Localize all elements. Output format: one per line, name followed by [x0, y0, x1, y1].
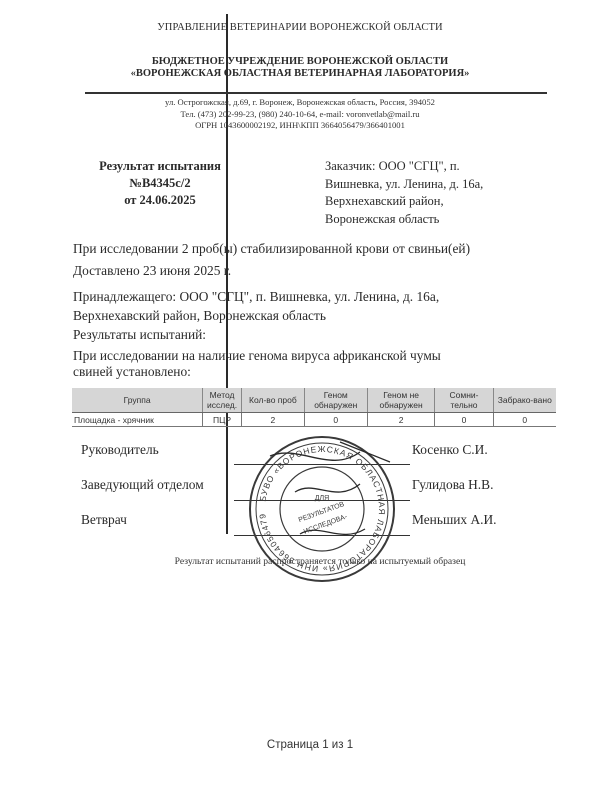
customer-line-3: Верхнехавский район, — [325, 193, 555, 211]
signature-name-department: Гулидова Н.В. — [412, 477, 493, 493]
delivery-date: Доставлено 23 июня 2025 г. — [73, 261, 563, 280]
signature-role-department: Заведующий отделом — [81, 477, 204, 493]
contacts-line: Тел. (473) 202-99-23, (980) 240-10-64, e… — [0, 109, 600, 121]
finding-line-2: свиней установлено: — [73, 364, 563, 380]
col-rejected: Забрако-вано — [493, 388, 556, 413]
header-divider — [85, 92, 547, 94]
customer-line-4: Воронежская область — [325, 211, 555, 229]
page-number: Страница 1 из 1 — [0, 739, 600, 751]
results-table: Группа Метод исслед. Кол-во проб Геном о… — [72, 388, 556, 427]
cell-rejected: 0 — [493, 413, 556, 427]
finding-text: При исследовании на наличие генома вирус… — [73, 348, 563, 380]
institution-line-2: «ВОРОНЕЖСКАЯ ОБЛАСТНАЯ ВЕТЕРИНАРНАЯ ЛАБО… — [0, 68, 600, 80]
cell-genome-detected: 0 — [304, 413, 367, 427]
col-group: Группа — [72, 388, 203, 413]
cell-method: ПЦР — [203, 413, 242, 427]
result-title-block: Результат испытания №В4345с/2 от 24.06.2… — [90, 158, 230, 209]
col-sample-count: Кол-во проб — [241, 388, 304, 413]
authority-heading: УПРАВЛЕНИЕ ВЕТЕРИНАРИИ ВОРОНЕЖСКОЙ ОБЛАС… — [0, 22, 600, 33]
result-title: Результат испытания — [90, 158, 230, 175]
institution-heading: БЮДЖЕТНОЕ УЧРЕЖДЕНИЕ ВОРОНЕЖСКОЙ ОБЛАСТИ… — [0, 56, 600, 80]
owner-info: Принадлежащего: ООО "СГЦ", п. Вишневка, … — [73, 287, 563, 325]
customer-line-1: Заказчик: ООО "СГЦ", п. — [325, 158, 555, 176]
result-number: №В4345с/2 — [90, 175, 230, 192]
col-genome-not-detected: Геном не обнаружен — [367, 388, 435, 413]
signature-name-head: Косенко С.И. — [412, 442, 488, 458]
registration-line: ОГРН 1043600002192, ИНН\КПП 3664056479/3… — [0, 120, 600, 132]
cell-group: Площадка - хрячник — [72, 413, 203, 427]
cell-genome-not-detected: 2 — [367, 413, 435, 427]
owner-line-2: Верхнехавский район, Воронежская область — [73, 306, 563, 325]
table-row: Площадка - хрячник ПЦР 2 0 2 0 0 — [72, 413, 556, 427]
customer-block: Заказчик: ООО "СГЦ", п. Вишневка, ул. Ле… — [325, 158, 555, 228]
result-date: от 24.06.2025 — [90, 192, 230, 209]
signature-role-vet: Ветврач — [81, 512, 127, 528]
cell-sample-count: 2 — [241, 413, 304, 427]
col-doubtful: Сомни-тельно — [435, 388, 493, 413]
institution-line-1: БЮДЖЕТНОЕ УЧРЕЖДЕНИЕ ВОРОНЕЖСКОЙ ОБЛАСТИ — [0, 56, 600, 68]
svg-text:БУВО «ВОРОНЕЖСКАЯ ОБЛАСТНАЯ ЛА: БУВО «ВОРОНЕЖСКАЯ ОБЛАСТНАЯ ЛАБОРАТОРИЯ»… — [240, 434, 387, 574]
institution-contacts: ул. Острогожская, д.69, г. Воронеж, Воро… — [0, 97, 600, 132]
customer-line-2: Вишневка, ул. Ленина, д. 16а, — [325, 176, 555, 194]
results-label: Результаты испытаний: — [73, 325, 563, 344]
cell-doubtful: 0 — [435, 413, 493, 427]
col-method: Метод исслед. — [203, 388, 242, 413]
col-genome-detected: Геном обнаружен — [304, 388, 367, 413]
study-description: При исследовании 2 проб(ы) стабилизирова… — [73, 239, 563, 258]
address-line: ул. Острогожская, д.69, г. Воронеж, Воро… — [0, 97, 600, 109]
signature-role-head: Руководитель — [81, 442, 159, 458]
footer-note: Результат испытаний распространяется тол… — [0, 556, 600, 567]
finding-line-1: При исследовании на наличие генома вирус… — [73, 348, 563, 364]
table-header-row: Группа Метод исслед. Кол-во проб Геном о… — [72, 388, 556, 413]
svg-text:ДЛЯ: ДЛЯ — [315, 495, 329, 502]
owner-line-1: Принадлежащего: ООО "СГЦ", п. Вишневка, … — [73, 287, 563, 306]
signature-name-vet: Меньших А.И. — [412, 512, 497, 528]
